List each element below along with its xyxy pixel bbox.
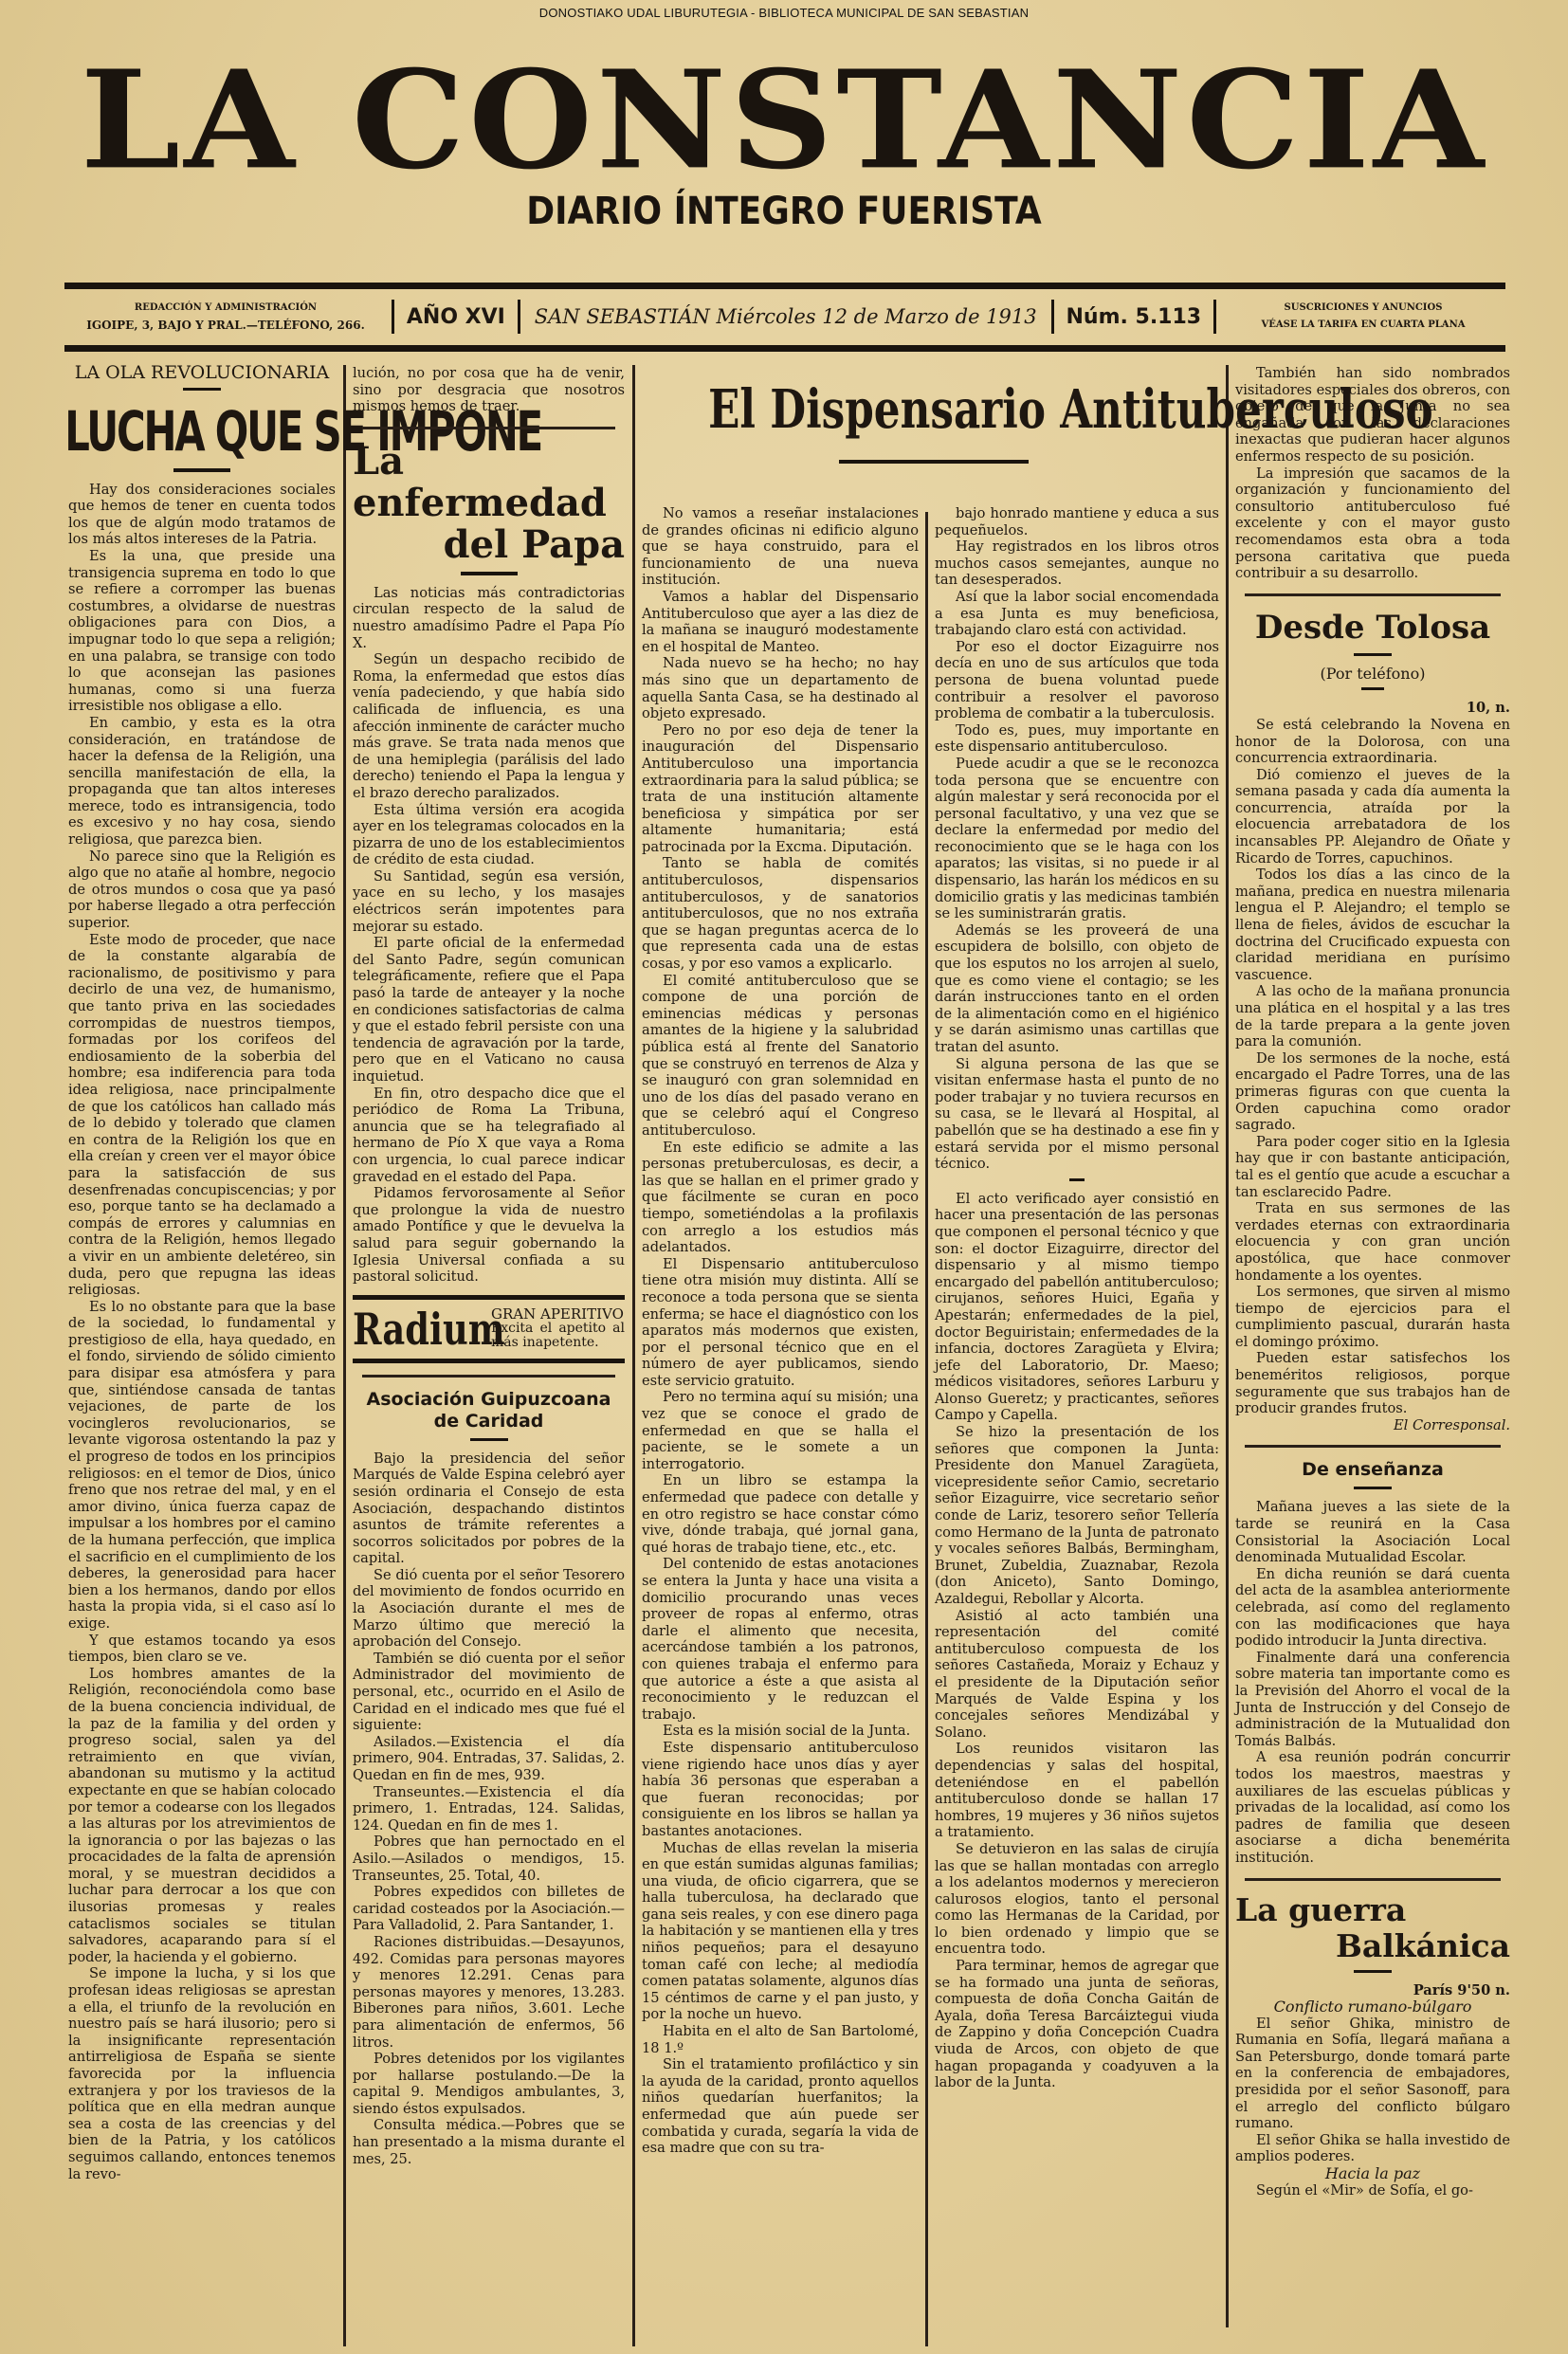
- paragraph: Muchas de ellas revelan la miseria en qu…: [642, 1840, 919, 2024]
- paragraph: Trata en sus sermones de las verdades et…: [1235, 1200, 1510, 1284]
- paragraph: Su Santidad, según esa versión, yace en …: [353, 868, 625, 935]
- paragraph: A las ocho de la mañana pronuncia una pl…: [1235, 983, 1510, 1049]
- paragraph: Según un despacho recibido de Roma, la e…: [353, 651, 625, 801]
- paragraph: En un libro se estampa la enfermedad que…: [642, 1472, 919, 1556]
- paragraph: También se dió cuenta por el señor Admin…: [353, 1651, 625, 1734]
- office-info: REDACCIÓN Y ADMINISTRACIÓN IGOIPE, 3, BA…: [64, 300, 387, 334]
- radium-advertisement: Radium GRAN APERITIVO Excita el apetito …: [353, 1295, 625, 1363]
- paragraph: En fin, otro despacho dice que el periód…: [353, 1086, 625, 1186]
- column-2: lución, no por cosa que ha de venir, sin…: [353, 365, 625, 2167]
- issue-number: Núm. 5.113: [1059, 305, 1210, 329]
- paragraph: Es la una, que preside una transigencia …: [68, 548, 336, 715]
- paragraph: Raciones distribuidas.—Desayunos, 492. C…: [353, 1934, 625, 2051]
- ad-brand: Radium: [353, 1305, 459, 1353]
- paragraph: Todo es, pues, muy importante en este di…: [935, 722, 1219, 756]
- paragraph: Esta última versión era acogida ayer en …: [353, 802, 625, 868]
- divider: [839, 460, 1029, 464]
- article-lucha: LA OLA REVOLUCIONARIA LUCHA QUE SE IMPON…: [68, 365, 336, 2182]
- paragraph: Dió comienzo el jueves de la semana pasa…: [1235, 767, 1510, 867]
- paragraph: Los reunidos visitaron las dependencias …: [935, 1741, 1219, 1841]
- paragraph: bajo honrado mantiene y educa a sus pequ…: [935, 505, 1219, 538]
- masthead-rule-top: [64, 283, 1505, 289]
- article-body: El acto verificado ayer consistió en hac…: [935, 1191, 1219, 2091]
- paragraph: Pueden estar satisfechos los beneméritos…: [1235, 1350, 1510, 1416]
- paragraph: Además se les proveerá de una escupidera…: [935, 922, 1219, 1056]
- paragraph: Este modo de proceder, que nace de la co…: [68, 932, 336, 1299]
- divider: [1069, 1178, 1085, 1181]
- article-dateline: 10, n.: [1235, 700, 1510, 717]
- paragraph: El parte oficial de la enfermedad del Sa…: [353, 935, 625, 1085]
- divider: [1354, 1970, 1392, 1973]
- paragraph: También han sido nombrados visitadores e…: [1235, 365, 1510, 465]
- paragraph: Esta es la misión social de la Junta.: [642, 1723, 919, 1740]
- paragraph: El señor Ghika se halla investido de amp…: [1235, 2132, 1510, 2165]
- paragraph: Es lo no obstante para que la base de la…: [68, 1299, 336, 1633]
- paragraph: Para poder coger sitio en la Iglesia hay…: [1235, 1134, 1510, 1200]
- column-rule: [632, 365, 635, 2346]
- dispensario-column-a: No vamos a reseñar instalaciones de gran…: [642, 505, 919, 2157]
- ad-copy: Excita el apetito al más inapetente.: [491, 1321, 625, 1350]
- divider: [362, 427, 615, 429]
- article-signature: El Corresponsal.: [1235, 1417, 1510, 1434]
- paragraph: Vamos a hablar del Dispensario Antituber…: [642, 589, 919, 655]
- column-rule: [343, 365, 346, 2346]
- column-rule: [1226, 365, 1229, 2327]
- paragraph: No vamos a reseñar instalaciones de gran…: [642, 505, 919, 589]
- paragraph: Y que estamos tocando ya esos tiempos, b…: [68, 1633, 336, 1666]
- paragraph: Mañana jueves a las siete de la tarde se…: [1235, 1499, 1510, 1565]
- paragraph: A esa reunión podrán concurrir todos los…: [1235, 1749, 1510, 1866]
- article-headline-dispensario: El Dispensario Antituberculoso: [708, 379, 1159, 440]
- paragraph: Todos los días a las cinco de la mañana,…: [1235, 867, 1510, 983]
- paragraph: Para terminar, hemos de agregar que se h…: [935, 1958, 1219, 2091]
- paragraph: Hay registrados en los libros otros much…: [935, 538, 1219, 589]
- separator: [392, 300, 394, 334]
- paragraph: Así que la labor social encomendada a es…: [935, 589, 1219, 639]
- masthead-title: LA CONSTANCIA: [38, 53, 1530, 189]
- subscription-info: SUSCRICIONES Y ANUNCIOS VÉASE LA TARIFA …: [1221, 300, 1505, 334]
- article-body: Según el «Mir» de Sofía, el go-: [1235, 2182, 1510, 2199]
- place-date: SAN SEBASTIÁN Miércoles 12 de Marzo de 1…: [525, 305, 1047, 328]
- paragraph: En este edificio se admite a las persona…: [642, 1140, 919, 1256]
- article-body: bajo honrado mantiene y educa a sus pequ…: [935, 505, 1219, 1173]
- article-subheading: Hacia la paz: [1235, 2165, 1510, 2182]
- paragraph: El comité antituberculoso que se compone…: [642, 973, 919, 1140]
- paragraph: Transeuntes.—Existencia el día primero, …: [353, 1784, 625, 1834]
- paragraph: Por eso el doctor Eizaguirre nos decía e…: [935, 639, 1219, 722]
- article-body: Se está celebrando la Novena en honor de…: [1235, 717, 1510, 1417]
- divider: [1361, 687, 1384, 690]
- paragraph: Sin el tratamiento profiláctico y sin la…: [642, 2056, 919, 2157]
- paragraph: El señor Ghika, ministro de Rumania en S…: [1235, 2016, 1510, 2132]
- divider: [1245, 593, 1501, 596]
- article-body: No vamos a reseñar instalaciones de gran…: [642, 505, 919, 2157]
- article-continuation: lución, no por cosa que ha de venir, sin…: [353, 365, 625, 415]
- column-rule: [925, 512, 928, 2346]
- paragraph: Este dispensario antituberculoso viene r…: [642, 1740, 919, 1840]
- divider: [362, 1375, 615, 1378]
- masthead-subtitle: DIARIO ÍNTEGRO FUERISTA: [79, 190, 1490, 233]
- divider: [1354, 1487, 1392, 1489]
- paragraph: Pero no por eso deja de tener la inaugur…: [642, 722, 919, 856]
- paragraph: Según el «Mir» de Sofía, el go-: [1235, 2182, 1510, 2199]
- paragraph: Consulta médica.—Pobres que se han prese…: [353, 2117, 625, 2167]
- paragraph: Se dió cuenta por el señor Tesorero del …: [353, 1567, 625, 1651]
- paragraph: La impresión que sacamos de la organizac…: [1235, 465, 1510, 582]
- separator: [518, 300, 520, 334]
- volume-year: AÑO XVI: [399, 305, 513, 329]
- paragraph: Del contenido de estas anotaciones se en…: [642, 1556, 919, 1723]
- paragraph: Se detuvieron en las salas de cirujía la…: [935, 1841, 1219, 1958]
- paragraph: Asistió al acto también una representaci…: [935, 1608, 1219, 1742]
- paragraph: Nada nuevo se ha hecho; no hay más sino …: [642, 655, 919, 721]
- paragraph: Se impone la lucha, y si los que profesa…: [68, 1965, 336, 2182]
- article-body: Mañana jueves a las siete de la tarde se…: [1235, 1499, 1510, 1866]
- column-5: También han sido nombrados visitadores e…: [1235, 365, 1510, 2199]
- paragraph: Tanto se habla de comités antituberculos…: [642, 855, 919, 972]
- paragraph: Los sermones, que sirven al mismo tiempo…: [1235, 1284, 1510, 1350]
- paragraph: Si alguna persona de las que se visitan …: [935, 1056, 1219, 1173]
- divider: [1245, 1878, 1501, 1881]
- article-kicker: LA OLA REVOLUCIONARIA: [68, 365, 336, 382]
- divider: [461, 572, 518, 575]
- divider: [173, 468, 230, 472]
- article-body: También han sido nombrados visitadores e…: [1235, 365, 1510, 582]
- paragraph: Bajo la presidencia del señor Marqués de…: [353, 1451, 625, 1567]
- paragraph: Pidamos fervorosamente al Señor que prol…: [353, 1185, 625, 1286]
- paragraph: Se hizo la presentación de los señores q…: [935, 1424, 1219, 1608]
- paragraph: Las noticias más contradictorias circula…: [353, 585, 625, 651]
- ad-tagline: GRAN APERITIVO: [491, 1307, 625, 1322]
- paragraph: Pero no termina aquí su misión; una vez …: [642, 1389, 919, 1472]
- divider: [1245, 1445, 1501, 1448]
- paragraph: En cambio, y esta es la otra consideraci…: [68, 715, 336, 849]
- separator: [1051, 300, 1054, 334]
- divider: [183, 388, 221, 391]
- archive-label: DONOSTIAKO UDAL LIBURUTEGIA - BIBLIOTECA…: [0, 6, 1568, 20]
- article-headline: LUCHA QUE SE IMPONE: [64, 400, 338, 463]
- paragraph: De los sermones de la noche, está encarg…: [1235, 1050, 1510, 1134]
- divider: [470, 1438, 508, 1441]
- dispensario-column-b: bajo honrado mantiene y educa a sus pequ…: [935, 505, 1219, 2091]
- article-dateline: París 9'50 n.: [1235, 1982, 1510, 1999]
- article-body: Las noticias más contradictorias circula…: [353, 585, 625, 1286]
- paragraph: Habita en el alto de San Bartolomé, 18 1…: [642, 2023, 919, 2056]
- article-byline: (Por teléfono): [1235, 666, 1510, 683]
- article-body: El señor Ghika, ministro de Rumania en S…: [1235, 2016, 1510, 2165]
- article-body: Hay dos consideraciones sociales que hem…: [68, 482, 336, 2183]
- paragraph: El Dispensario antituberculoso tiene otr…: [642, 1256, 919, 1390]
- paragraph: No parece sino que la Religión es algo q…: [68, 849, 336, 932]
- article-headline-guerra: La guerra Balkánica: [1235, 1892, 1510, 1964]
- article-headline-tolosa: Desde Tolosa: [1235, 608, 1510, 648]
- article-body: Bajo la presidencia del señor Marqués de…: [353, 1451, 625, 2168]
- masthead-rule-bottom: [64, 345, 1505, 352]
- paragraph: El acto verificado ayer consistió en hac…: [935, 1191, 1219, 1424]
- article-subheading: Conflicto rumano-búlgaro: [1235, 1998, 1510, 2016]
- paragraph: Los hombres amantes de la Religión, reco…: [68, 1666, 336, 1966]
- masthead-infobar: REDACCIÓN Y ADMINISTRACIÓN IGOIPE, 3, BA…: [64, 296, 1505, 338]
- article-headline-papa: La enfermedad del Papa: [353, 441, 625, 566]
- article-headline-ensenanza: De enseñanza: [1235, 1459, 1510, 1481]
- paragraph: Pobres expedidos con billetes de caridad…: [353, 1884, 625, 1934]
- paragraph: Finalmente dará una conferencia sobre ma…: [1235, 1650, 1510, 1750]
- paragraph: En dicha reunión se dará cuenta del acta…: [1235, 1566, 1510, 1650]
- paragraph: Hay dos consideraciones sociales que hem…: [68, 482, 336, 548]
- paragraph: Pobres que han pernoctado en el Asilo.—A…: [353, 1834, 625, 1884]
- paragraph: Puede acudir a que se le reconozca toda …: [935, 756, 1219, 922]
- paragraph: Pobres detenidos por los vigilantes por …: [353, 2051, 625, 2117]
- paragraph: Asilados.—Existencia el día primero, 904…: [353, 1734, 625, 1784]
- paragraph: Se está celebrando la Novena en honor de…: [1235, 717, 1510, 767]
- article-headline-caridad: Asociación Guipuzcoana de Caridad: [353, 1389, 625, 1432]
- divider: [1354, 653, 1392, 656]
- separator: [1213, 300, 1216, 334]
